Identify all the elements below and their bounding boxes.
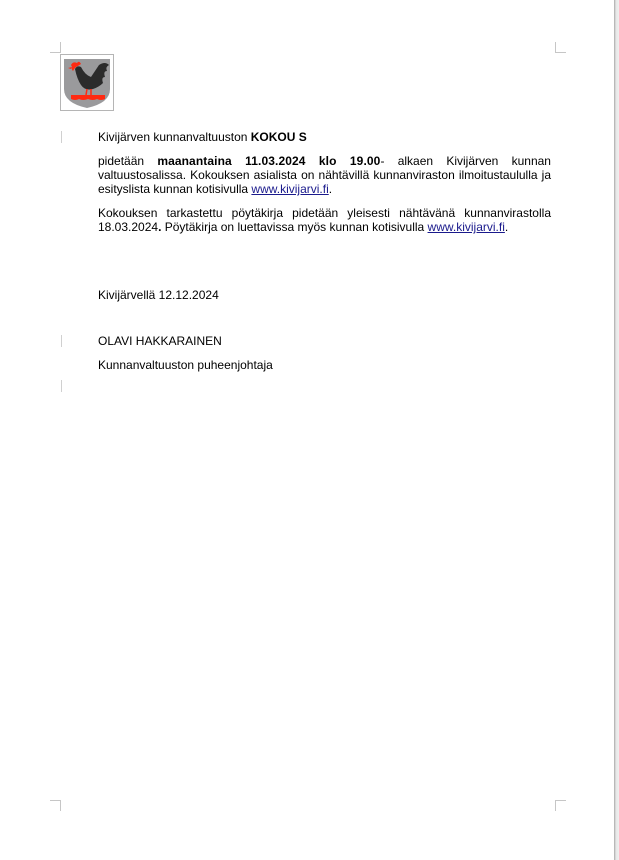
change-bar [61, 335, 62, 347]
meeting-heading: Kivijärven kunnanvaltuuston KOKOU S [98, 130, 551, 144]
change-bar [61, 131, 62, 143]
signer-title-text: Kunnanvaltuuston puheenjohtaja [98, 358, 551, 372]
meeting-details-paragraph: pidetään maanantaina 11.03.2024 klo 19.0… [98, 154, 551, 196]
place-date: Kivijärvellä 12.12.2024 [98, 288, 551, 302]
kivijarvi-link[interactable]: www.kivijarvi.fi [251, 182, 328, 196]
p1-lead: pidetään [98, 154, 157, 168]
coat-of-arms-icon [60, 54, 114, 111]
p2-rest: Pöytäkirja on luettavissa myös kunnan ko… [161, 220, 427, 234]
heading-prefix: Kivijärven kunnanvaltuuston [98, 130, 251, 144]
page-edge-shadow [614, 0, 619, 860]
minutes-paragraph: Kokouksen tarkastettu pöytäkirja pidetää… [98, 206, 551, 234]
p1-end: . [329, 182, 332, 196]
signer-title: Kunnanvaltuuston puheenjohtaja [98, 358, 551, 372]
kivijarvi-link[interactable]: www.kivijarvi.fi [428, 220, 505, 234]
p2-end: . [505, 220, 508, 234]
signer-name: OLAVI HAKKARAINEN [98, 334, 551, 348]
heading-bold: KOKOU S [251, 130, 307, 144]
change-bar [61, 380, 62, 392]
meeting-datetime: maanantaina 11.03.2024 klo 19.00 [157, 154, 380, 168]
signer-name-text: OLAVI HAKKARAINEN [98, 334, 551, 348]
place-date-text: Kivijärvellä 12.12.2024 [98, 288, 551, 302]
